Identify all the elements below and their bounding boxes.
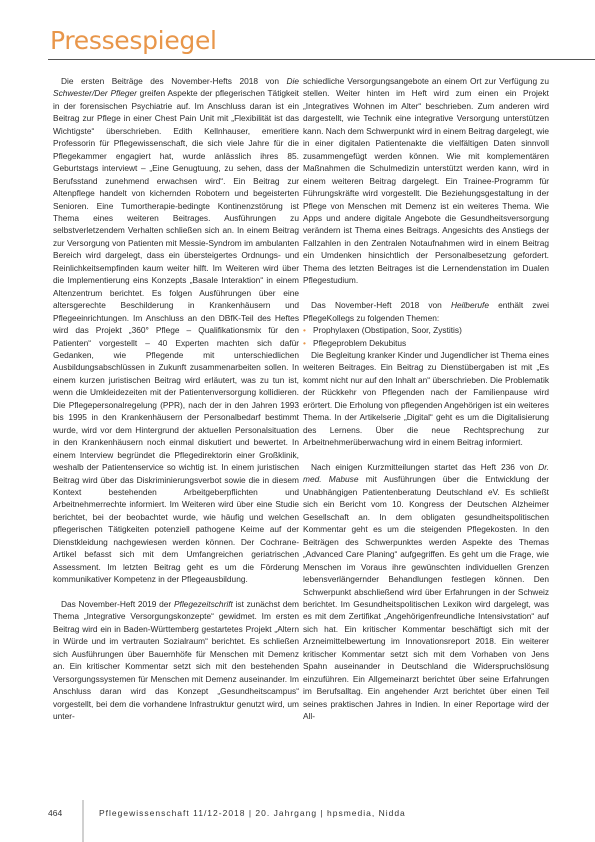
pflegekolleg-list: Prophylaxen (Obstipation, Soor, Zystitis… — [303, 324, 549, 349]
paragraph-schwester-pfleger: Die ersten Beiträge des November-Hefts 2… — [53, 75, 299, 586]
journal-footer: Pflegewissenschaft 11/12-2018 | 20. Jahr… — [99, 808, 406, 818]
paragraph-mabuse: Nach einigen Kurzmitteilungen startet da… — [303, 461, 549, 723]
left-column: Die ersten Beiträge des November-Hefts 2… — [53, 75, 299, 723]
title-rule — [48, 59, 595, 60]
list-item: Pflegeproblem Dekubitus — [303, 337, 549, 349]
paragraph-heilberufe-continued: Die Begleitung kranker Kinder und Jugend… — [303, 349, 549, 449]
paragraph-text: Das November-Heft 2019 der — [61, 599, 174, 609]
paragraph-text: greifen Aspekte der pflegerischen Tätigk… — [53, 88, 299, 584]
page-title: Pressespiegel — [50, 26, 217, 56]
journal-name: Heilberufe — [451, 300, 489, 310]
paragraph-text: Nach einigen Kurzmitteilungen startet da… — [311, 462, 538, 472]
paragraph-pflegezeitschrift-continued: schiedliche Versorgungsangebote an einem… — [303, 75, 549, 287]
right-column: schiedliche Versorgungsangebote an einem… — [303, 75, 549, 723]
paragraph-heilberufe: Das November-Heft 2018 von Heilberufe en… — [303, 299, 549, 324]
paragraph-pflegezeitschrift: Das November-Heft 2019 der Pflegezeitsch… — [53, 598, 299, 723]
list-item: Prophylaxen (Obstipation, Soor, Zystitis… — [303, 324, 549, 336]
paragraph-text: Die ersten Beiträge des November-Hefts 2… — [61, 76, 286, 86]
paragraph-text: Das November-Heft 2018 von — [311, 300, 451, 310]
paragraph-text: mit Ausführungen über die Entwicklung de… — [303, 474, 549, 721]
paragraph-text: ist zunächst dem Thema „Integrative Vers… — [53, 599, 299, 721]
page-number: 464 — [48, 808, 62, 818]
journal-name: Pflegezeitschrift — [174, 599, 233, 609]
footer-divider — [82, 800, 84, 842]
